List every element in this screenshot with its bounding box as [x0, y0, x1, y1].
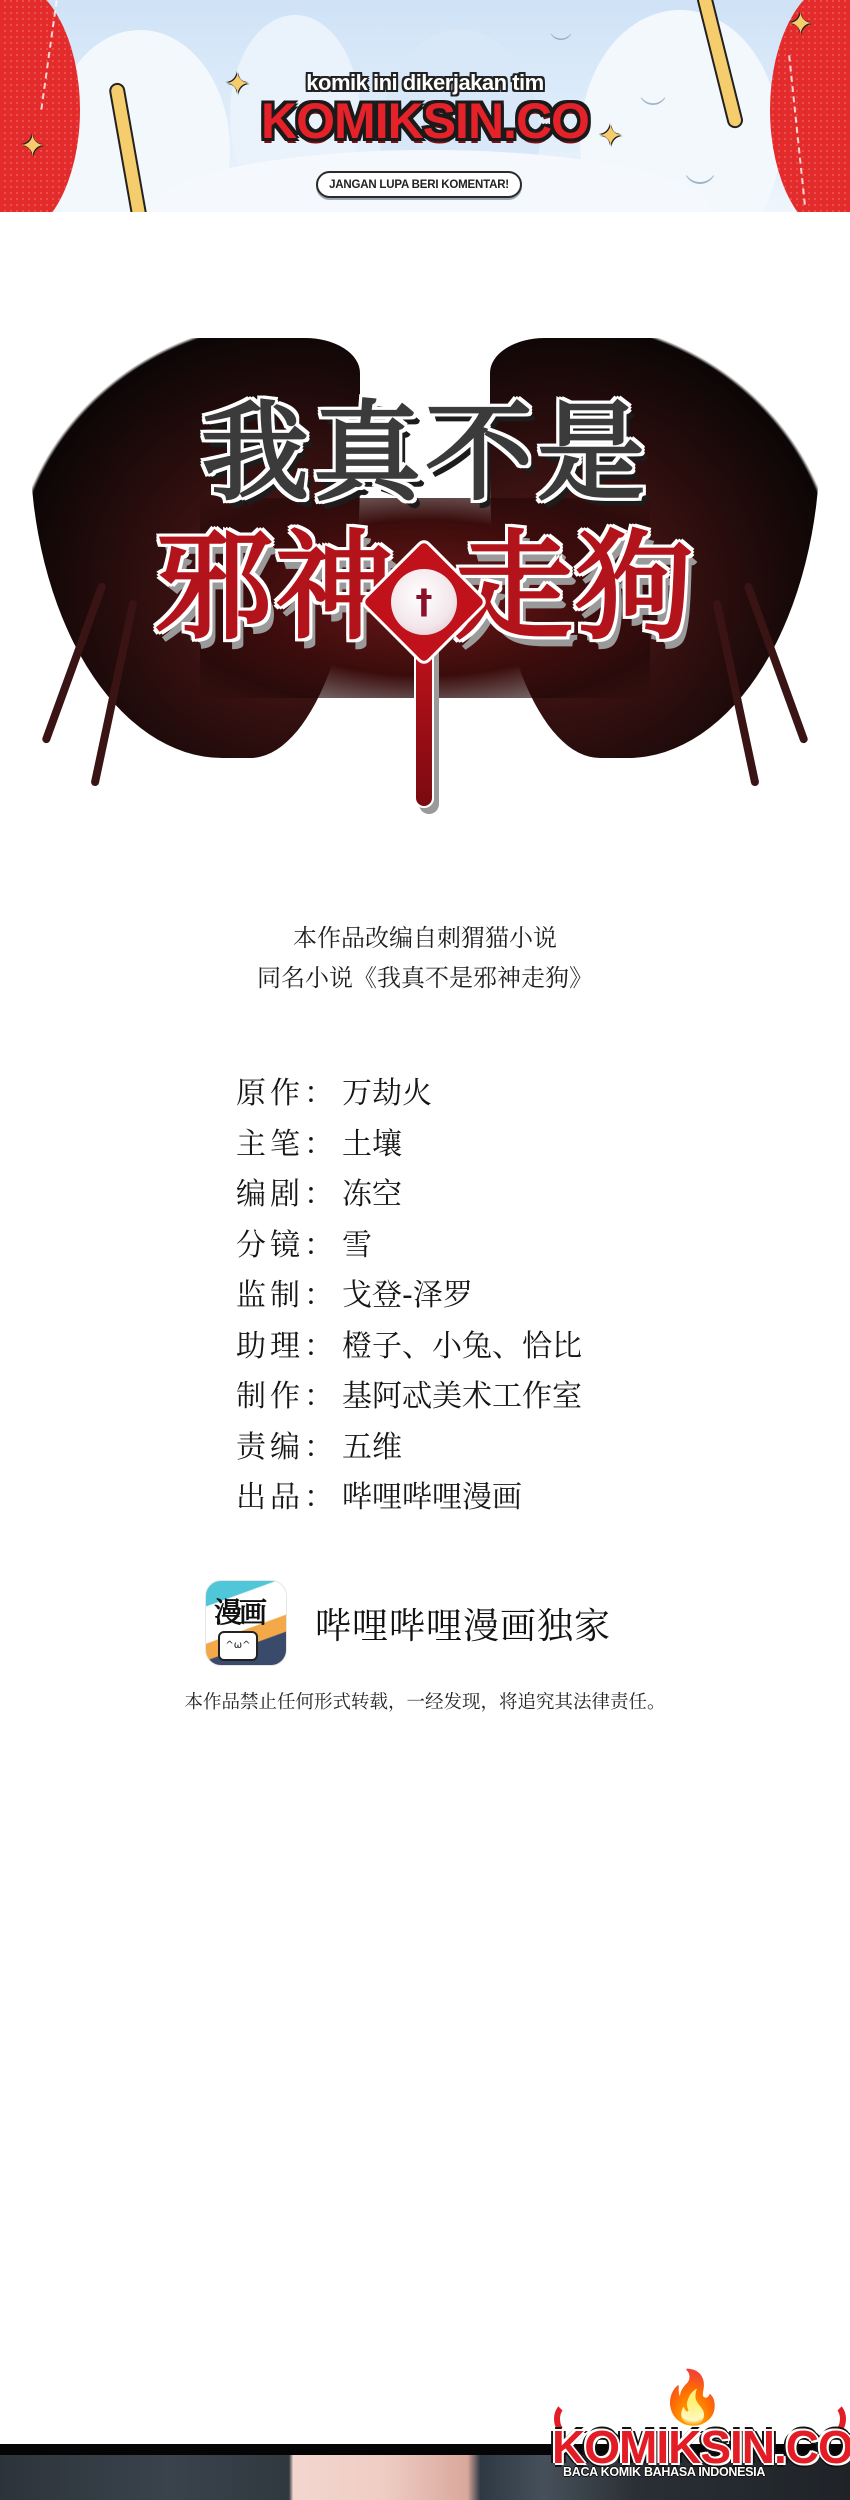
eye-emblem-icon: † [391, 569, 457, 635]
source-novel-note: 同名小说《我真不是邪神走狗》 [0, 958, 850, 993]
credit-row: 分镜：雪 [236, 1217, 582, 1268]
publisher-exclusive-text: 哔哩哔哩漫画独家 [315, 1598, 611, 1649]
komiksin-watermark: 🔥 KOMIKSIN.CO BACA KOMIK BAHASA INDONESI… [552, 2372, 850, 2492]
copyright-disclaimer: 本作品禁止任何形式转载，一经发现，将追究其法律责任。 [0, 1688, 850, 1714]
credit-label: 主笔： [236, 1119, 342, 1163]
credit-value: 橙子、小兔、恰比 [342, 1321, 582, 1365]
bird-icon: ︶ [550, 28, 572, 59]
credit-label: 制作： [236, 1371, 342, 1415]
credit-row: 责编：五维 [236, 1419, 582, 1470]
comic-title-logo: 我真不是 邪神走狗 † [30, 338, 820, 828]
title-line-1: 我真不是 [30, 400, 820, 508]
credit-label: 原作： [236, 1068, 342, 1112]
bilibili-manga-app-icon: 漫画 ^ω^ [205, 1580, 287, 1666]
credit-value: 雪 [342, 1220, 372, 1264]
banner-title: KOMIKSIN.CO [0, 92, 850, 150]
sparkle-icon: ✦ [788, 10, 813, 40]
credit-value: 冻空 [342, 1169, 402, 1213]
credit-row: 监制：戈登-泽罗 [236, 1267, 582, 1318]
credit-value: 万劫火 [342, 1068, 432, 1112]
credit-value: 基阿忒美术工作室 [342, 1371, 582, 1415]
comment-reminder-button[interactable]: JANGAN LUPA BERI KOMENTAR! [316, 171, 522, 198]
adaptation-note: 本作品改编自刺猬猫小说 [0, 918, 850, 953]
credit-value: 五维 [342, 1422, 402, 1466]
credits-list: 原作：万劫火 主笔：土壤 编剧：冻空 分镜：雪 监制：戈登-泽罗 助理：橙子、小… [236, 1065, 582, 1520]
credit-label: 编剧： [236, 1169, 342, 1213]
credit-row: 制作：基阿忒美术工作室 [236, 1368, 582, 1419]
title-line-2-left: 邪神 [155, 518, 395, 656]
credit-row: 出品：哔哩哔哩漫画 [236, 1469, 582, 1520]
credit-value: 哔哩哔哩漫画 [342, 1472, 522, 1516]
credit-row: 原作：万劫火 [236, 1065, 582, 1116]
bird-icon: ︶ [685, 165, 715, 209]
publisher-block: 漫画 ^ω^ 哔哩哔哩漫画独家 [205, 1580, 611, 1666]
title-line-2-right: 走狗 [455, 518, 695, 656]
credit-label: 监制： [236, 1270, 342, 1314]
credit-label: 助理： [236, 1321, 342, 1365]
credit-value: 土壤 [342, 1119, 402, 1163]
app-icon-label: 漫画 [214, 1591, 264, 1631]
credit-label: 责编： [236, 1422, 342, 1466]
credit-label: 分镜： [236, 1220, 342, 1264]
promo-banner: ✦ ✦ ✦ ✦ ︶ ︶ ︶ komik ini dikerjakan tim K… [0, 0, 850, 212]
credit-value: 戈登-泽罗 [342, 1270, 473, 1314]
credit-row: 编剧：冻空 [236, 1166, 582, 1217]
credit-label: 出品： [236, 1472, 342, 1516]
watermark-subtitle: BACA KOMIK BAHASA INDONESIA [560, 2465, 768, 2479]
credit-row: 助理：橙子、小兔、恰比 [236, 1318, 582, 1369]
tv-mascot-icon: ^ω^ [218, 1631, 258, 1661]
credit-row: 主笔：土壤 [236, 1116, 582, 1167]
